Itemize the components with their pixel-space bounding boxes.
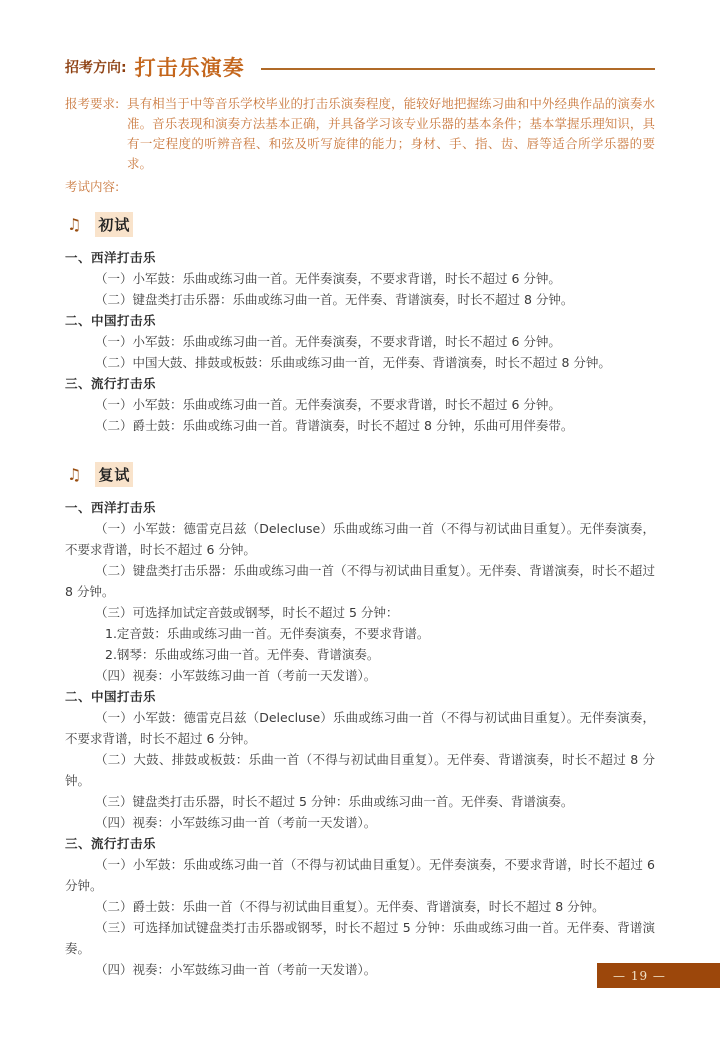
music-notes-icon: ♫	[67, 217, 81, 233]
content-line-item: （三）可选择加试定音鼓或钢琴，时长不超过 5 分钟：	[65, 602, 655, 623]
content-line-item: （一）小军鼓：乐曲或练习曲一首。无伴奏演奏，不要求背谱，时长不超过 6 分钟。	[65, 268, 655, 289]
content-line-item: （二）键盘类打击乐器：乐曲或练习曲一首。无伴奏、背谱演奏，时长不超过 8 分钟。	[65, 289, 655, 310]
doc-header: 招考方向: 打击乐演奏	[65, 52, 655, 82]
content-line-item: （一）小军鼓：乐曲或练习曲一首。无伴奏演奏，不要求背谱，时长不超过 6 分钟。	[65, 331, 655, 352]
content-line-item: （一）小军鼓：乐曲或练习曲一首。无伴奏演奏，不要求背谱，时长不超过 6 分钟。	[65, 394, 655, 415]
exam-section: ♫复试一、西洋打击乐（一）小军鼓：德雷克吕兹（Delecluse）乐曲或练习曲一…	[65, 462, 655, 980]
section-heading: 复试	[95, 462, 133, 487]
exam-content-label: 考试内容:	[65, 177, 655, 197]
page-title: 打击乐演奏	[135, 52, 245, 82]
content-line-sub: 2.钢琴：乐曲或练习曲一首。无伴奏、背谱演奏。	[65, 644, 655, 665]
content-line-item: （二）爵士鼓：乐曲一首（不得与初试曲目重复）。无伴奏、背谱演奏，时长不超过 8 …	[65, 896, 655, 917]
content-line-item: （二）爵士鼓：乐曲或练习曲一首。背谱演奏，时长不超过 8 分钟，乐曲可用伴奏带。	[65, 415, 655, 436]
requirements-label: 报考要求:	[65, 94, 127, 174]
content-line-item: （二）中国大鼓、排鼓或板鼓：乐曲或练习曲一首，无伴奏、背谱演奏，时长不超过 8 …	[65, 352, 655, 373]
document-page: 招考方向: 打击乐演奏 报考要求: 具有相当于中等音乐学校毕业的打击乐演奏程度，…	[0, 0, 720, 1040]
title-rule	[261, 68, 655, 70]
content-line-item: （三）可选择加试键盘类打击乐器或钢琴，时长不超过 5 分钟：乐曲或练习曲一首。无…	[65, 917, 655, 959]
section-heading-row: ♫复试	[67, 462, 655, 487]
content-line-group: 一、西洋打击乐	[65, 247, 655, 268]
section-heading: 初试	[95, 212, 133, 237]
content-line-item: （四）视奏：小军鼓练习曲一首（考前一天发谱）。	[65, 959, 655, 980]
content-line-item: （一）小军鼓：德雷克吕兹（Delecluse）乐曲或练习曲一首（不得与初试曲目重…	[65, 707, 655, 749]
requirements-text: 具有相当于中等音乐学校毕业的打击乐演奏程度，能较好地把握练习曲和中外经典作品的演…	[127, 94, 655, 174]
page-number-bar: — 19 —	[597, 963, 720, 988]
content-line-item: （三）键盘类打击乐器，时长不超过 5 分钟：乐曲或练习曲一首。无伴奏、背谱演奏。	[65, 791, 655, 812]
content-line-sub: 1.定音鼓：乐曲或练习曲一首。无伴奏演奏，不要求背谱。	[65, 623, 655, 644]
content-line-group: 二、中国打击乐	[65, 686, 655, 707]
content-line-group: 三、流行打击乐	[65, 833, 655, 854]
content-line-item: （一）小军鼓：乐曲或练习曲一首（不得与初试曲目重复）。无伴奏演奏，不要求背谱，时…	[65, 854, 655, 896]
direction-label: 招考方向:	[65, 57, 127, 77]
content-line-item: （二）键盘类打击乐器：乐曲或练习曲一首（不得与初试曲目重复）。无伴奏、背谱演奏，…	[65, 560, 655, 602]
page-number: — 19 —	[613, 969, 666, 983]
content-line-item: （四）视奏：小军鼓练习曲一首（考前一天发谱）。	[65, 665, 655, 686]
content-line-item: （一）小军鼓：德雷克吕兹（Delecluse）乐曲或练习曲一首（不得与初试曲目重…	[65, 518, 655, 560]
requirements-block: 报考要求: 具有相当于中等音乐学校毕业的打击乐演奏程度，能较好地把握练习曲和中外…	[65, 94, 655, 174]
content-line-group: 三、流行打击乐	[65, 373, 655, 394]
content-line-group: 一、西洋打击乐	[65, 497, 655, 518]
content-line-item: （二）大鼓、排鼓或板鼓：乐曲一首（不得与初试曲目重复）。无伴奏、背谱演奏，时长不…	[65, 749, 655, 791]
content-line-group: 二、中国打击乐	[65, 310, 655, 331]
section-heading-row: ♫初试	[67, 212, 655, 237]
content-line-item: （四）视奏：小军鼓练习曲一首（考前一天发谱）。	[65, 812, 655, 833]
music-notes-icon: ♫	[67, 467, 81, 483]
sections: ♫初试一、西洋打击乐（一）小军鼓：乐曲或练习曲一首。无伴奏演奏，不要求背谱，时长…	[65, 212, 655, 980]
exam-section: ♫初试一、西洋打击乐（一）小军鼓：乐曲或练习曲一首。无伴奏演奏，不要求背谱，时长…	[65, 212, 655, 436]
